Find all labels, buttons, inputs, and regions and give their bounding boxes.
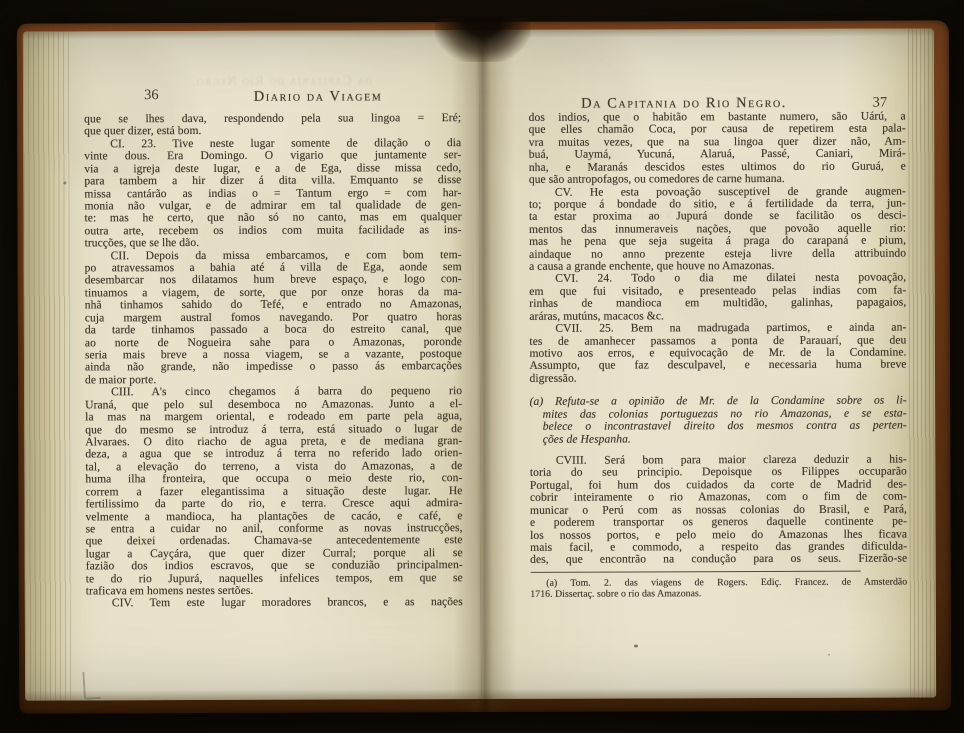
text-line: (a) Tom. 2. das viagens de Rogers. Ediç.… [530, 576, 907, 588]
text-line: 1716. Dissertaç. sobre o rio das Amazona… [530, 587, 907, 599]
running-header-left: Diario da Viagem [208, 88, 428, 106]
page-top-edge [23, 30, 479, 40]
text-line: Assumpto, que faz desculpavel, e necessa… [529, 359, 906, 373]
right-text-column: dos indios, que o habitão em bastante nu… [529, 111, 908, 600]
page-left: da Capitania do Rio Negro. 36 Diario da … [23, 30, 481, 701]
page-number-left: 36 [144, 87, 159, 104]
text-line: ções de Hespanha. [530, 432, 907, 446]
text-line: rinhas de mandioca em multidão, galinhas… [529, 297, 906, 311]
pencil-mark [82, 671, 101, 700]
text-line: belece o incontrastavel direito dos mesm… [530, 420, 907, 434]
left-text-column: que se lhes dava, respondendo pela sua l… [84, 112, 463, 610]
bleedthrough-ghost: da Capitania do Rio Negro. [191, 72, 372, 89]
book: da Capitania do Rio Negro. 36 Diario da … [17, 20, 951, 713]
ink-speck [633, 644, 637, 647]
right-continuation-text: CVIII. Será bom para maior clareza deduz… [530, 453, 907, 566]
ink-speck [63, 181, 66, 184]
right-main-text: dos indios, que o habitão em bastante nu… [529, 111, 907, 386]
page-right: Diario da Viagem Da Capitania do Rio Neg… [478, 28, 936, 699]
photo-background: da Capitania do Rio Negro. 36 Diario da … [0, 0, 964, 733]
page-bottom-edge [481, 687, 937, 699]
page-edges-right [908, 28, 936, 697]
book-pages: da Capitania do Rio Negro. 36 Diario da … [23, 28, 936, 700]
right-small-footnote: (a) Tom. 2. das viagens de Rogers. Ediç.… [530, 576, 907, 599]
right-italic-footnote: (a) Refuta-se a opinião de Mr. de la Con… [530, 395, 907, 446]
text-line: des, que encontrão na condução para os s… [530, 553, 907, 567]
text-line: ainda não grande, não impedisse o passo … [85, 361, 462, 375]
ink-speck [828, 654, 830, 656]
footnote-rule [530, 570, 860, 572]
text-line: digressão. [530, 371, 907, 385]
page-top-edge [478, 28, 934, 38]
page-edges-left [23, 31, 71, 700]
text-line: CIV. Tem este lugar moradores brancos, e… [86, 597, 463, 611]
